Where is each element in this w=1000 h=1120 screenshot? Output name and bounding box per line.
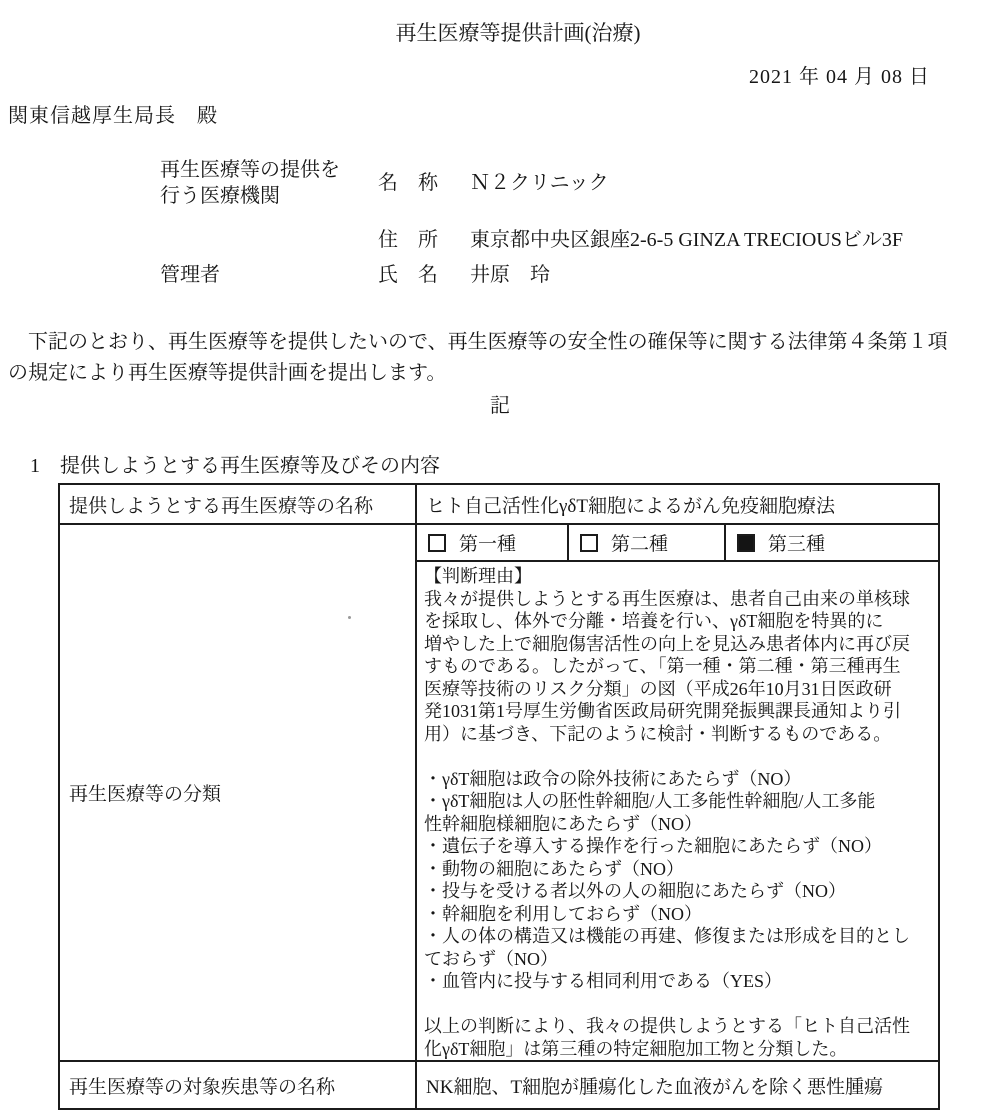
option-type2: 第二種 [569,525,726,560]
manager-name-value: 井原 玲 [470,263,550,287]
option-type2-label: 第二種 [611,529,668,556]
document-page: 再生医療等提供計画(治療) 2021 年 04 月 08 日 関東信越厚生局長 … [0,0,1000,1120]
section1-table: 提供しようとする再生医療等の名称 ヒト自己活性化γδT細胞によるがん免疫細胞療法… [58,483,940,1110]
option-type1-label: 第一種 [459,529,516,556]
row-disease-value: NK細胞、T細胞が腫瘍化した血液がんを除く悪性腫瘍 [417,1062,938,1108]
table-row-name: 提供しようとする再生医療等の名称 ヒト自己活性化γδT細胞によるがん免疫細胞療法 [60,485,938,525]
manager-label: 管理者 [160,263,220,287]
checkbox-type1-icon [428,534,446,552]
provider-address-value: 東京都中央区銀座2-6-5 GINZA TRECIOUSビル3F [470,228,903,252]
scan-speck [348,616,351,619]
option-type3: 第三種 [726,525,938,560]
ki-mark: 記 [0,394,1000,418]
option-type3-label: 第三種 [768,529,825,556]
row-name-label: 提供しようとする再生医療等の名称 [60,485,417,523]
provider-name-value: Ｎ２クリニック [470,171,609,195]
section1-heading: 1 提供しようとする再生医療等及びその内容 [30,454,440,478]
checkbox-type3-icon [737,534,755,552]
row-disease-label: 再生医療等の対象疾患等の名称 [60,1062,417,1108]
submission-statement: 下記のとおり、再生医療等を提供したいので、再生医療等の安全性の確保等に関する法律… [8,327,990,389]
classification-reason: 【判断理由】 我々が提供しようとする再生医療は、患者自己由来の単核球 を採取し、… [417,562,938,1060]
classification-right-stack: 第一種 第二種 第三種 【判断理由】 我々が提供しようとする再生医療は、患者自己… [417,525,938,1060]
page-title: 再生医療等提供計画(治療) [36,17,1000,47]
document-date: 2021 年 04 月 08 日 [749,65,930,89]
addressee-line: 関東信越厚生局長 殿 [8,104,218,128]
classification-options-row: 第一種 第二種 第三種 [417,525,938,562]
provider-name-label: 名 称 [378,171,438,195]
option-type1: 第一種 [417,525,569,560]
manager-name-label: 氏 名 [378,263,438,287]
table-row-disease: 再生医療等の対象疾患等の名称 NK細胞、T細胞が腫瘍化した血液がんを除く悪性腫瘍 [60,1062,938,1108]
row-classification-label: 再生医療等の分類 [60,525,417,1060]
row-name-value: ヒト自己活性化γδT細胞によるがん免疫細胞療法 [417,485,938,523]
table-row-classification: 再生医療等の分類 第一種 第二種 第三種 【判断理由 [60,525,938,1062]
provider-label-line1: 再生医療等の提供を [160,158,340,182]
provider-label-line2: 行う医療機関 [160,184,280,208]
provider-address-label: 住 所 [378,228,438,252]
checkbox-type2-icon [580,534,598,552]
